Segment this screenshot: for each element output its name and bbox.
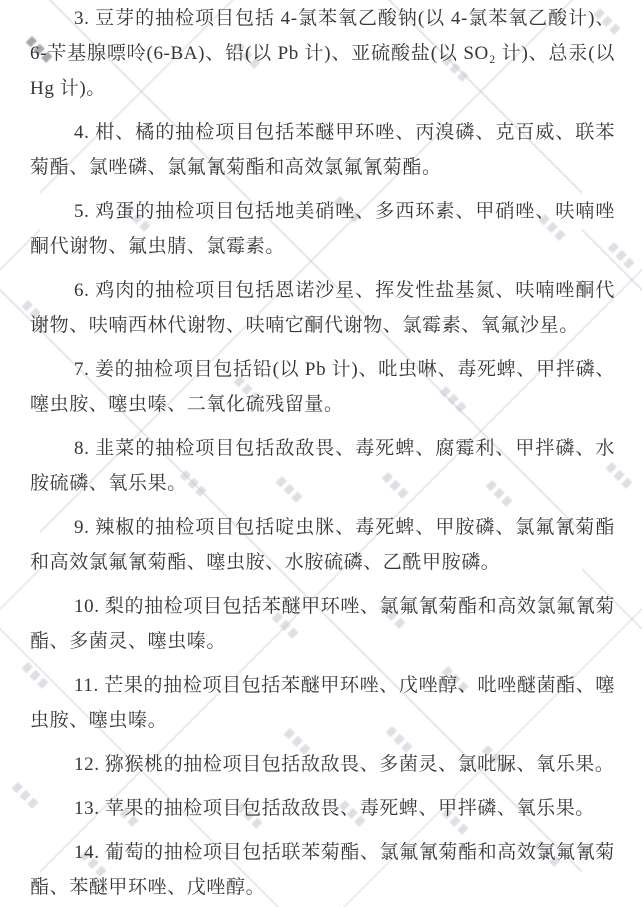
paragraph-13-apple: 13. 苹果的抽检项目包括敌敌畏、毒死蜱、甲拌磷、氧乐果。 bbox=[30, 791, 615, 826]
paragraph-8-chives: 8. 韭菜的抽检项目包括敌敌畏、毒死蜱、腐霉利、甲拌磷、水胺硫磷、氧乐果。 bbox=[30, 431, 615, 501]
paragraph-14-grape: 14. 葡萄的抽检项目包括联苯菊酯、氯氟氰菊酯和高效氯氟氰菊酯、苯醚甲环唑、戊唑… bbox=[30, 835, 615, 905]
paragraph-5-eggs: 5. 鸡蛋的抽检项目包括地美硝唑、多西环素、甲硝唑、呋喃唑酮代谢物、氟虫腈、氯霉… bbox=[30, 194, 615, 264]
paragraph-7-ginger: 7. 姜的抽检项目包括铅(以 Pb 计)、吡虫啉、毒死蜱、甲拌磷、噻虫胺、噻虫嗪… bbox=[30, 352, 615, 422]
paragraph-3-bean-sprouts: 3. 豆芽的抽检项目包括 4-氯苯氧乙酸钠(以 4-氯苯氧乙酸计)、6-苄基腺嘌… bbox=[30, 1, 615, 106]
paragraph-9-chili: 9. 辣椒的抽检项目包括啶虫脒、毒死蜱、甲胺磷、氯氟氰菊酯和高效氯氟氰菊酯、噻虫… bbox=[30, 510, 615, 580]
paragraph-4-citrus: 4. 柑、橘的抽检项目包括苯醚甲环唑、丙溴磷、克百威、联苯菊酯、氯唑磷、氯氟氰菊… bbox=[30, 115, 615, 185]
paragraph-10-pear: 10. 梨的抽检项目包括苯醚甲环唑、氯氟氰菊酯和高效氯氟氰菊酯、多菌灵、噻虫嗪。 bbox=[30, 589, 615, 659]
paragraph-6-chicken: 6. 鸡肉的抽检项目包括恩诺沙星、挥发性盐基氮、呋喃唑酮代谢物、呋喃西林代谢物、… bbox=[30, 273, 615, 343]
paragraph-11-mango: 11. 芒果的抽检项目包括苯醚甲环唑、戊唑醇、吡唑醚菌酯、噻虫胺、噻虫嗪。 bbox=[30, 668, 615, 738]
document-page: 3. 豆芽的抽检项目包括 4-氯苯氧乙酸钠(以 4-氯苯氧乙酸计)、6-苄基腺嘌… bbox=[0, 0, 642, 907]
paragraph-12-kiwi: 12. 猕猴桃的抽检项目包括敌敌畏、多菌灵、氯吡脲、氧乐果。 bbox=[30, 747, 615, 782]
document-content: 3. 豆芽的抽检项目包括 4-氯苯氧乙酸钠(以 4-氯苯氧乙酸计)、6-苄基腺嘌… bbox=[30, 1, 615, 905]
